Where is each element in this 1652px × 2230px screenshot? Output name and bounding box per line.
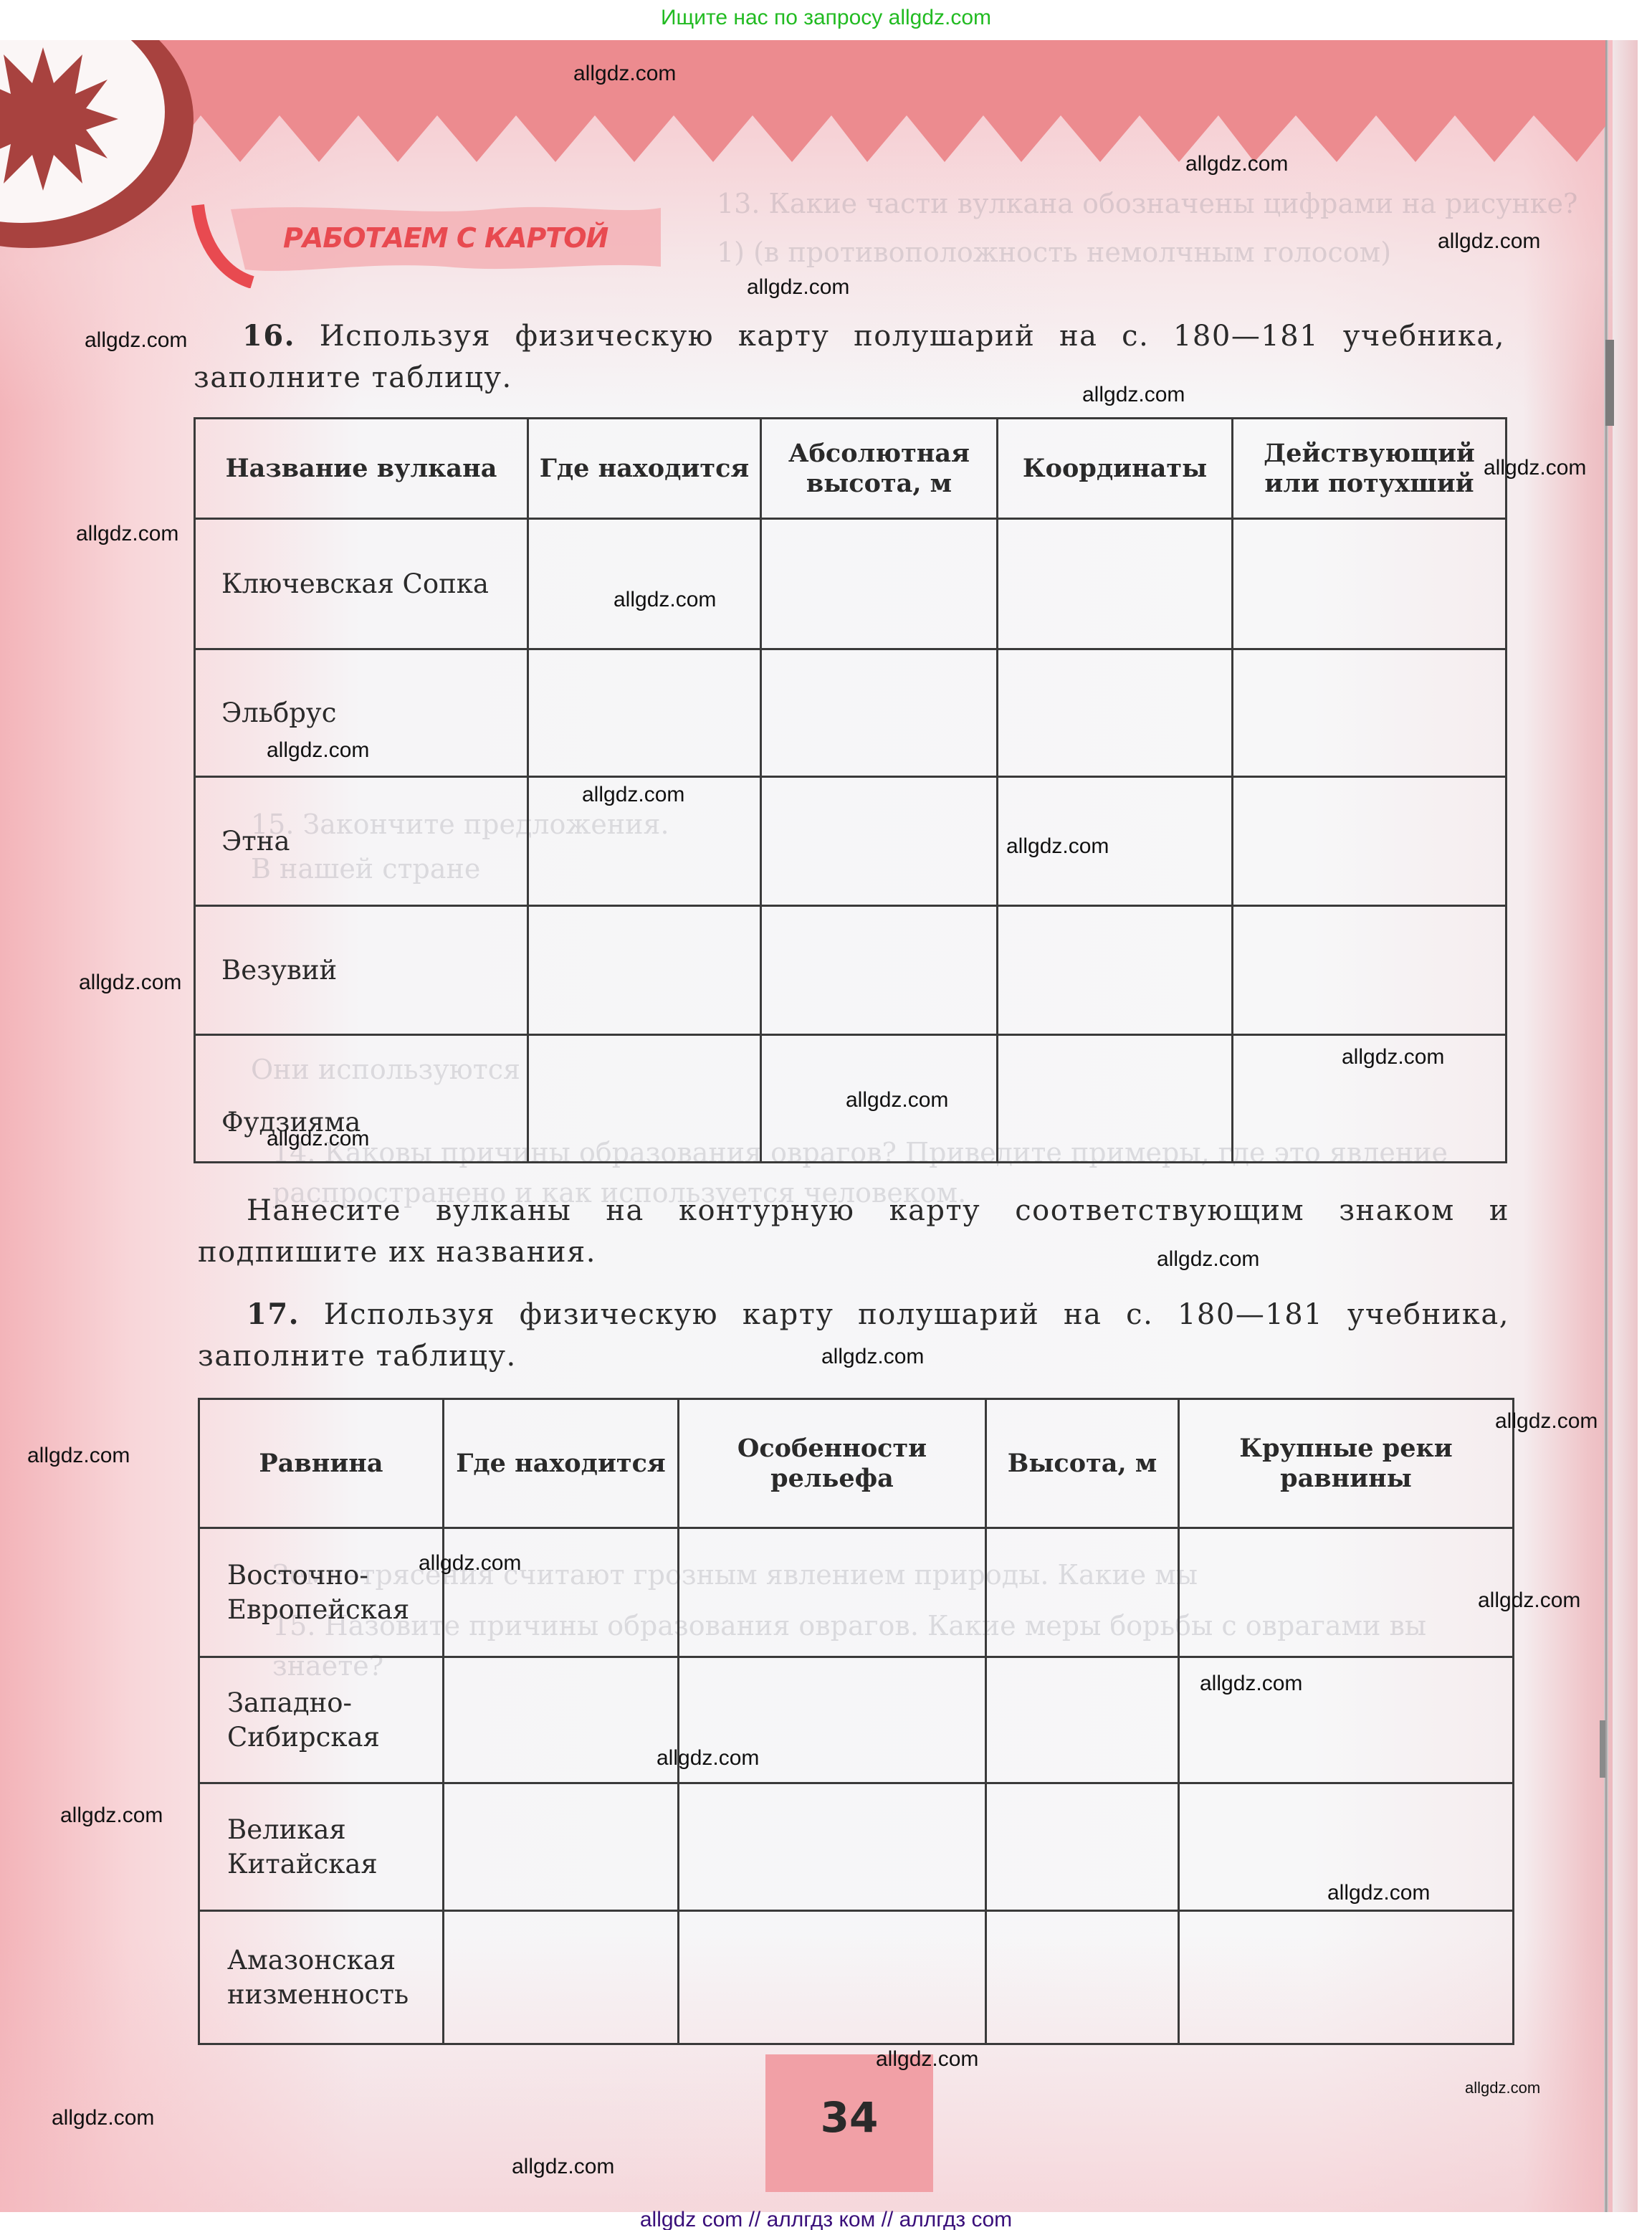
volcano-name: Везувий	[195, 906, 528, 1035]
column-header: Высота, м	[986, 1399, 1179, 1528]
answer-cell-location[interactable]	[528, 1035, 761, 1163]
footer-bar: allgdz com // аллгдз ком // аллгдз com	[0, 2212, 1652, 2230]
watermark: allgdz.com	[1484, 456, 1586, 480]
answer-cell-height[interactable]	[986, 1528, 1179, 1657]
column-header: Координаты	[998, 419, 1233, 519]
task-16-instruction: Используя физическую карту полушарий на …	[194, 320, 1505, 394]
column-header: Где находится	[528, 419, 761, 519]
answer-cell-height[interactable]	[761, 649, 998, 777]
page-right-margin	[1613, 40, 1638, 2212]
answer-cell-relief[interactable]	[679, 1783, 986, 1911]
watermark: allgdz.com	[1157, 1247, 1259, 1272]
watermark: allgdz.com	[27, 1444, 130, 1468]
volcano-name: Этна	[195, 777, 528, 906]
table-row: Восточно-Европейская	[199, 1528, 1514, 1657]
column-header: Особенности рельефа	[679, 1399, 986, 1528]
task-17-number: 17.	[247, 1297, 300, 1331]
watermark: allgdz.com	[76, 522, 178, 546]
watermark: allgdz.com	[1082, 383, 1185, 407]
answer-cell-status[interactable]	[1233, 906, 1507, 1035]
column-header: Где находится	[444, 1399, 679, 1528]
task-16-note: Нанесите вулканы на контурную карту соот…	[198, 1190, 1509, 1273]
answer-cell-location[interactable]	[444, 1911, 679, 2044]
ghost-text: 1) (в противоположность немолчным голосо…	[717, 237, 1391, 268]
spine-mark	[1600, 1720, 1605, 1778]
watermark: allgdz.com	[1465, 2079, 1540, 2097]
watermark: allgdz.com	[1006, 834, 1109, 859]
plain-name: Амазонская низменность	[199, 1911, 444, 2044]
watermark: allgdz.com	[1200, 1672, 1302, 1696]
answer-cell-location[interactable]	[528, 649, 761, 777]
watermark: allgdz.com	[573, 62, 676, 86]
table-row: Амазонская низменность	[199, 1911, 1514, 2044]
answer-cell-rivers[interactable]	[1179, 1528, 1514, 1657]
top-search-banner: Ищите нас по запросу allgdz.com	[0, 0, 1652, 40]
answer-cell-location[interactable]	[444, 1657, 679, 1783]
volcano-table: Название вулкана Где находится Абсолютна…	[194, 417, 1507, 1163]
watermark: allgdz.com	[419, 1551, 521, 1576]
watermark: allgdz.com	[821, 1345, 924, 1369]
answer-cell-rivers[interactable]	[1179, 1911, 1514, 2044]
column-header: Название вулкана	[195, 419, 528, 519]
header-zigzag-band	[0, 40, 1605, 162]
watermark: allgdz.com	[613, 588, 716, 612]
watermark: allgdz.com	[846, 1088, 948, 1112]
task-16-number: 16.	[242, 319, 295, 353]
plain-name: Великая Китайская	[199, 1783, 444, 1911]
table-row: Западно-Сибирская	[199, 1657, 1514, 1783]
answer-cell-location[interactable]	[528, 906, 761, 1035]
answer-cell-height[interactable]	[986, 1657, 1179, 1783]
column-header: Равнина	[199, 1399, 444, 1528]
answer-cell-status[interactable]	[1233, 777, 1507, 906]
answer-cell-height[interactable]	[986, 1911, 1179, 2044]
column-header: Крупные реки равнины	[1179, 1399, 1514, 1528]
table-header-row: Название вулкана Где находится Абсолютна…	[195, 419, 1507, 519]
table-row: Везувий	[195, 906, 1507, 1035]
watermark: allgdz.com	[582, 783, 684, 807]
watermark: allgdz.com	[656, 1746, 759, 1771]
banner-text: Ищите нас по запросу allgdz.com	[661, 6, 991, 29]
spine-mark	[1605, 340, 1614, 426]
watermark: allgdz.com	[1495, 1409, 1598, 1434]
table-row: Этна	[195, 777, 1507, 906]
plain-name: Западно-Сибирская	[199, 1657, 444, 1783]
watermark: allgdz.com	[1438, 229, 1540, 254]
answer-cell-status[interactable]	[1233, 649, 1507, 777]
watermark: allgdz.com	[512, 2155, 614, 2179]
watermark: allgdz.com	[747, 275, 849, 300]
watermark: allgdz.com	[876, 2047, 978, 2072]
watermark: allgdz.com	[267, 1127, 369, 1151]
answer-cell-height[interactable]	[761, 777, 998, 906]
answer-cell-location[interactable]	[528, 519, 761, 649]
watermark: allgdz.com	[1478, 1588, 1580, 1613]
footer-text: allgdz com // аллгдз ком // аллгдз com	[640, 2208, 1012, 2230]
table-header-row: Равнина Где находится Особенности рельеф…	[199, 1399, 1514, 1528]
watermark: allgdz.com	[52, 2106, 154, 2130]
answer-cell-relief[interactable]	[679, 1911, 986, 2044]
watermark: allgdz.com	[85, 328, 187, 353]
section-heading: РАБОТАЕМ С КАРТОЙ	[283, 222, 608, 254]
task-16-text: 16. Используя физическую карту полушарий…	[194, 315, 1505, 399]
watermark: allgdz.com	[267, 738, 369, 763]
page-number: 34	[765, 2093, 933, 2142]
watermark: allgdz.com	[1185, 152, 1288, 176]
answer-cell-coordinates[interactable]	[998, 649, 1233, 777]
watermark: allgdz.com	[60, 1803, 163, 1828]
answer-cell-status[interactable]	[1233, 519, 1507, 649]
ghost-text: 13. Какие части вулкана обозначены цифра…	[717, 188, 1577, 219]
answer-cell-coordinates[interactable]	[998, 1035, 1233, 1163]
watermark: allgdz.com	[1327, 1881, 1430, 1905]
watermark: allgdz.com	[1342, 1045, 1444, 1069]
answer-cell-location[interactable]	[444, 1783, 679, 1911]
answer-cell-height[interactable]	[761, 906, 998, 1035]
plain-name: Восточно-Европейская	[199, 1528, 444, 1657]
volcano-name: Ключевская Сопка	[195, 519, 528, 649]
answer-cell-coordinates[interactable]	[998, 519, 1233, 649]
table-row: Эльбрус	[195, 649, 1507, 777]
watermark: allgdz.com	[79, 971, 181, 995]
answer-cell-height[interactable]	[986, 1783, 1179, 1911]
column-header: Действующий или потухший	[1233, 419, 1507, 519]
answer-cell-location[interactable]	[444, 1528, 679, 1657]
answer-cell-relief[interactable]	[679, 1528, 986, 1657]
table-row: Ключевская Сопка	[195, 519, 1507, 649]
table-row: Великая Китайская	[199, 1783, 1514, 1911]
answer-cell-coordinates[interactable]	[998, 906, 1233, 1035]
answer-cell-height[interactable]	[761, 519, 998, 649]
plains-table: Равнина Где находится Особенности рельеф…	[198, 1398, 1514, 2045]
column-header: Абсолютная высота, м	[761, 419, 998, 519]
